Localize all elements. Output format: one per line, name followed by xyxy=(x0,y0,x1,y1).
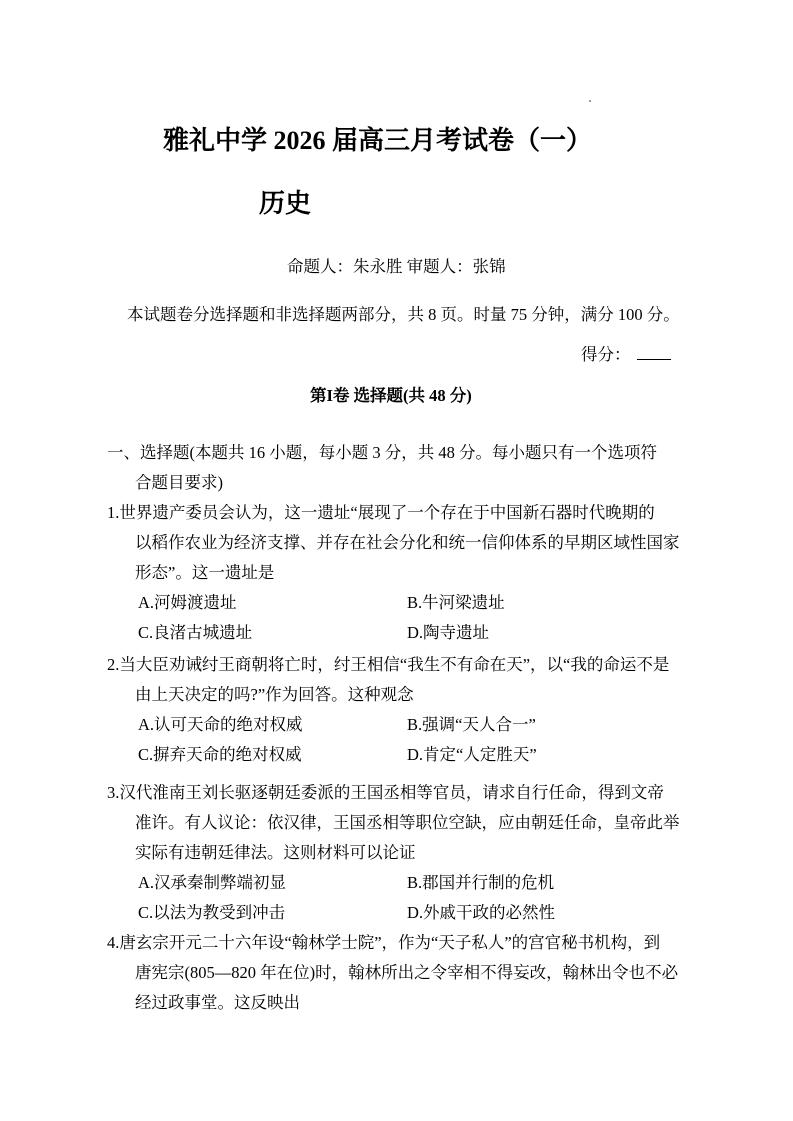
option-d: D.外戚干政的必然性 xyxy=(407,903,555,922)
subject-title: 历史 xyxy=(259,188,311,219)
option-row: C.良渚古城遗址D.陶寺遗址 xyxy=(107,618,680,648)
question-number: 3. xyxy=(107,783,119,802)
option-b: B.郡国并行制的危机 xyxy=(407,873,554,892)
option-a: A.汉承秦制弊端初显 xyxy=(138,868,407,898)
option-row: A.认可天命的绝对权威B.强调“天人合一” xyxy=(107,710,669,740)
question-4: 4.唐玄宗开元二十六年设“翰林学士院”，作为“天子私人”的宫官秘书机构，到 唐宪… xyxy=(107,928,678,1018)
question-stem-line: 4.唐玄宗开元二十六年设“翰林学士院”，作为“天子私人”的宫官秘书机构，到 xyxy=(107,928,678,958)
question-3: 3.汉代淮南王刘长驱逐朝廷委派的王国丞相等官员，请求自行任命，得到文帝 准许。有… xyxy=(107,778,680,928)
score-label: 得分： xyxy=(581,345,631,364)
exam-page: 雅礼中学 2026 届高三月考试卷（一） 历史 命题人：朱永胜 审题人：张锦 本… xyxy=(0,0,793,1121)
question-stem-line: 经过政事堂。这反映出 xyxy=(107,988,678,1018)
option-c: C.良渚古城遗址 xyxy=(138,618,407,648)
question-stem-line: 实际有违朝廷律法。这则材料可以论证 xyxy=(107,838,680,868)
option-a: A.认可天命的绝对权威 xyxy=(138,710,407,740)
option-d: D.肯定“人定胜天” xyxy=(407,745,537,764)
option-c: C.摒弃天命的绝对权威 xyxy=(138,740,407,770)
question-2: 2.当大臣劝诫纣王商朝将亡时，纣王相信“我生不有命在天”，以“我的命运不是 由上… xyxy=(107,650,669,770)
option-row: A.河姆渡遗址B.牛河梁遗址 xyxy=(107,588,680,618)
stem-text: 唐玄宗开元二十六年设“翰林学士院”，作为“天子私人”的宫官秘书机构，到 xyxy=(119,933,660,952)
exam-info: 本试题卷分选择题和非选择题两部分，共 8 页。时量 75 分钟，满分 100 分… xyxy=(127,305,680,326)
option-row: C.以法为教受到冲击D.外戚干政的必然性 xyxy=(107,898,680,928)
page-title: 雅礼中学 2026 届高三月考试卷（一） xyxy=(163,125,592,156)
question-stem-line: 2.当大臣劝诫纣王商朝将亡时，纣王相信“我生不有命在天”，以“我的命运不是 xyxy=(107,650,669,680)
score-blank xyxy=(637,342,671,360)
question-number: 2. xyxy=(107,655,119,674)
section-instructions: 一、选择题(本题共 16 小题，每小题 3 分，共 48 分。每小题只有一个选项… xyxy=(107,438,657,498)
option-d: D.陶寺遗址 xyxy=(407,623,489,642)
option-row: A.汉承秦制弊端初显B.郡国并行制的危机 xyxy=(107,868,680,898)
question-stem-line: 3.汉代淮南王刘长驱逐朝廷委派的王国丞相等官员，请求自行任命，得到文帝 xyxy=(107,778,680,808)
stem-text: 汉代淮南王刘长驱逐朝廷委派的王国丞相等官员，请求自行任命，得到文帝 xyxy=(119,783,664,802)
option-c: C.以法为教受到冲击 xyxy=(138,898,407,928)
question-stem-line: 由上天决定的吗?”作为回答。这种观念 xyxy=(107,680,669,710)
option-b: B.强调“天人合一” xyxy=(407,715,536,734)
option-row: C.摒弃天命的绝对权威D.肯定“人定胜天” xyxy=(107,740,669,770)
section-heading: 第I卷 选择题(共 48 分) xyxy=(310,386,472,407)
option-b: B.牛河梁遗址 xyxy=(407,593,505,612)
question-1: 1.世界遗产委员会认为，这一遗址“展现了一个存在于中国新石器时代晚期的 以稻作农… xyxy=(107,498,680,648)
stem-text: 世界遗产委员会认为，这一遗址“展现了一个存在于中国新石器时代晚期的 xyxy=(119,503,654,522)
option-a: A.河姆渡遗址 xyxy=(138,588,407,618)
question-stem-line: 唐宪宗(805—820 年在位)时，翰林所出之令宰相不得妄改，翰林出令也不必 xyxy=(107,958,678,988)
question-stem-line: 以稻作农业为经济支撑、并存在社会分化和统一信仰体系的早期区域性国家 xyxy=(107,528,680,558)
score-row: 得分： xyxy=(581,342,671,366)
question-stem-line: 准许。有人议论：依汉律，王国丞相等职位空缺，应由朝廷任命，皇帝此举 xyxy=(107,808,680,838)
byline: 命题人：朱永胜 审题人：张锦 xyxy=(287,257,506,278)
scan-artifact-dot xyxy=(589,100,591,102)
instruction-line-2: 合题目要求) xyxy=(107,468,657,498)
question-number: 4. xyxy=(107,933,119,952)
instruction-line-1: 一、选择题(本题共 16 小题，每小题 3 分，共 48 分。每小题只有一个选项… xyxy=(107,438,657,468)
question-number: 1. xyxy=(107,503,119,522)
question-stem-line: 1.世界遗产委员会认为，这一遗址“展现了一个存在于中国新石器时代晚期的 xyxy=(107,498,680,528)
stem-text: 当大臣劝诫纣王商朝将亡时，纣王相信“我生不有命在天”，以“我的命运不是 xyxy=(119,655,669,674)
question-stem-line: 形态”。这一遗址是 xyxy=(107,558,680,588)
